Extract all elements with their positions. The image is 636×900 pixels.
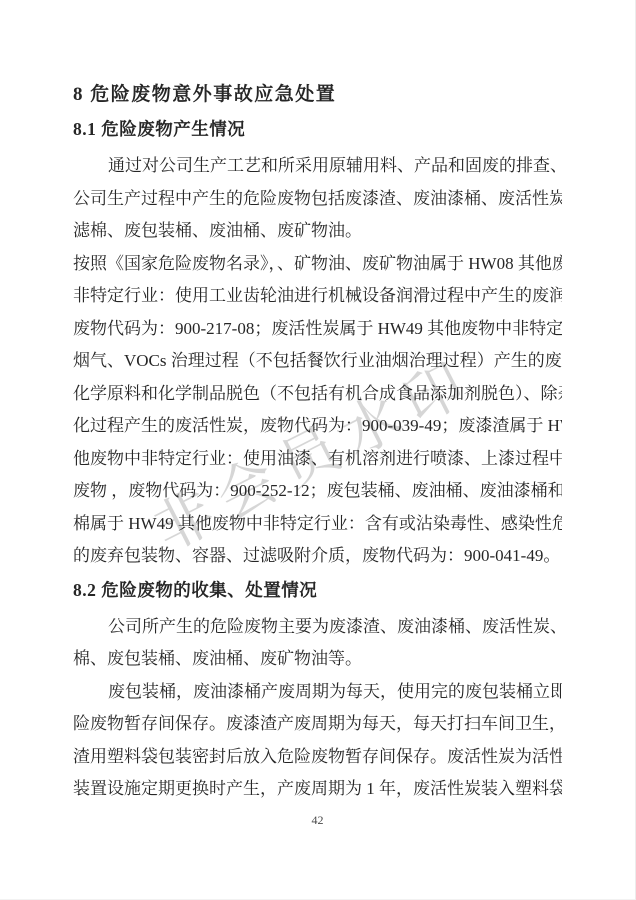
paragraph-line: 公司所产生的危险废物主要为废漆渣、废油漆桶、废活性炭、废过滤 xyxy=(73,611,562,644)
paragraph-line: 化学原料和化学制品脱色（不包括有机合成食品添加剂脱色）、除杂、净 xyxy=(73,378,562,411)
paragraph-line: 棉属于 HW49 其他废物中非特定行业：含有或沾染毒性、感染性危险废物 xyxy=(73,508,562,541)
document-page: 非会员水印 8 危险废物意外事故应急处置 8.1 危险废物产生情况 通过对公司生… xyxy=(0,0,636,900)
paragraph-line: 废物 ，废物代码为：900-252-12；废包装桶、废油桶、废油漆桶和废过滤 xyxy=(73,475,562,508)
paragraph-line: 烟气、VOCs 治理过程（不包括餐饮行业油烟治理过程）产生的废活性炭， xyxy=(73,345,562,378)
paragraph-line: 棉、废包装桶、废油桶、废矿物油等。 xyxy=(73,643,562,676)
paragraph-line: 按照《国家危险废物名录》，、矿物油、废矿物油属于 HW08 其他废物中 xyxy=(73,248,562,281)
paragraph-waste-generation: 通过对公司生产工艺和所采用原辅用料、产品和固废的排查、分析， 公司生产过程中产生… xyxy=(73,150,562,248)
paragraph-line: 滤棉、废包装桶、废油桶、废矿物油。 xyxy=(73,215,562,248)
paragraph-line: 废包装桶，废油漆桶产废周期为每天，使用完的废包装桶立即放入危 xyxy=(73,676,562,709)
paragraph-line: 装置设施定期更换时产生，产废周期为 1 年，废活性炭装入塑料袋后再用 xyxy=(73,773,562,806)
paragraph-line: 通过对公司生产工艺和所采用原辅用料、产品和固废的排查、分析， xyxy=(73,150,562,183)
page-number: 42 xyxy=(0,813,635,828)
paragraph-line: 非特定行业：使用工业齿轮油进行机械设备润滑过程中产生的废润滑油 ， xyxy=(73,280,562,313)
paragraph-line: 他废物中非特定行业：使用油漆、有机溶剂进行喷漆、上漆过程中产生的 xyxy=(73,443,562,476)
paragraph-line: 化过程产生的废活性炭，废物代码为：900-039-49；废漆渣属于 HW12 其 xyxy=(73,410,562,443)
paragraph-line: 废物代码为：900-217-08；废活性炭属于 HW49 其他废物中非特定行业： xyxy=(73,313,562,346)
paragraph-line: 公司生产过程中产生的危险废物包括废漆渣、废油漆桶、废活性炭、废过 xyxy=(73,183,562,216)
paragraph-line: 的废弃包装物、容器、过滤吸附介质，废物代码为：900-041-49。 xyxy=(73,540,562,573)
section-heading-8-1: 8.1 危险废物产生情况 xyxy=(73,118,562,140)
paragraph-line: 渣用塑料袋包装密封后放入危险废物暂存间保存。废活性炭为活性炭吸附 xyxy=(73,741,562,774)
paragraph-waste-collection: 公司所产生的危险废物主要为废漆渣、废油漆桶、废活性炭、废过滤 棉、废包装桶、废油… xyxy=(73,611,562,676)
section-heading-8-2: 8.2 危险废物的收集、处置情况 xyxy=(73,579,562,601)
paragraph-waste-storage: 废包装桶，废油漆桶产废周期为每天，使用完的废包装桶立即放入危 险废物暂存间保存。… xyxy=(73,676,562,806)
page-content: 8 危险废物意外事故应急处置 8.1 危险废物产生情况 通过对公司生产工艺和所采… xyxy=(0,0,635,806)
section-heading-8: 8 危险废物意外事故应急处置 xyxy=(73,83,562,107)
paragraph-waste-catalogue: 按照《国家危险废物名录》，、矿物油、废矿物油属于 HW08 其他废物中 非特定行… xyxy=(73,248,562,573)
paragraph-line: 险废物暂存间保存。废漆渣产废周期为每天，每天打扫车间卫生，将废漆 xyxy=(73,708,562,741)
